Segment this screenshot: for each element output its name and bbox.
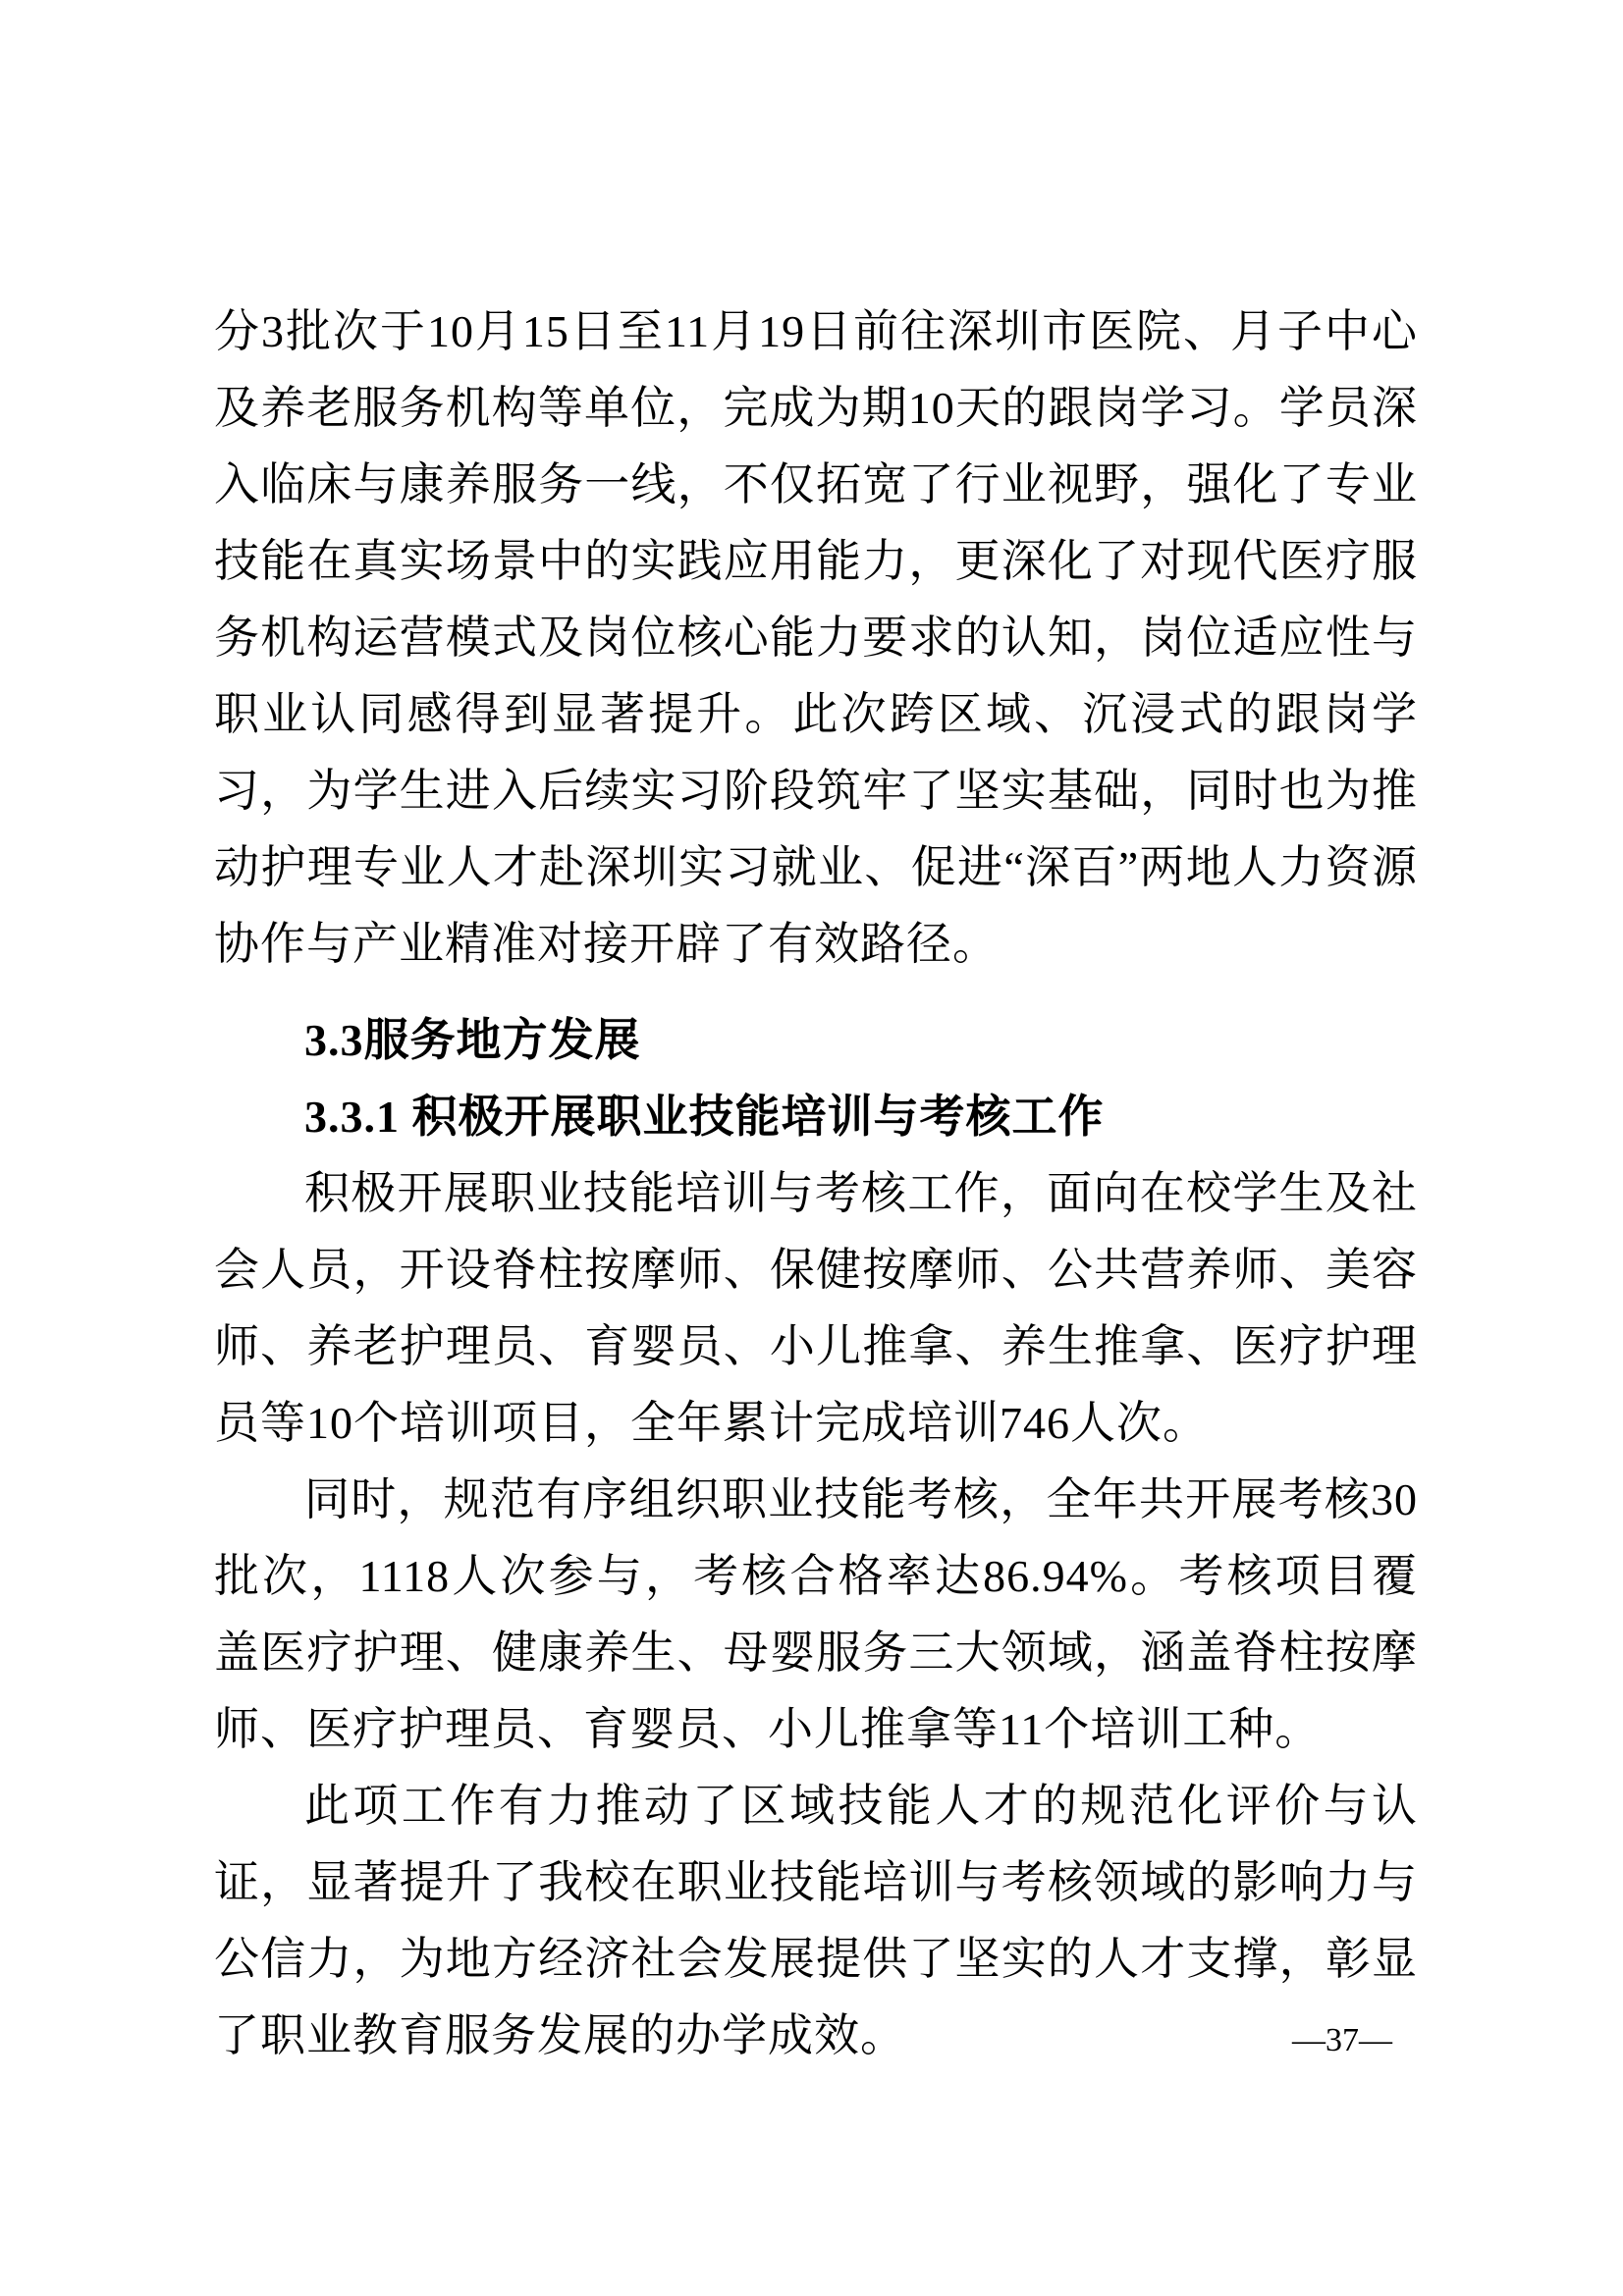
paragraph-internship-continuation: 分3批次于10月15日至11月19日前往深圳市医院、月子中心及养老服务机构等单位… <box>214 294 1418 983</box>
paragraph-training-programs: 积极开展职业技能培训与考核工作，面向在校学生及社会人员，开设脊柱按摩师、保健按摩… <box>214 1155 1418 1462</box>
subsection-heading-3-3-1: 3.3.1 积极开展职业技能培训与考核工作 <box>214 1079 1418 1155</box>
paragraph-impact-summary: 此项工作有力推动了区域技能人才的规范化评价与认证，显著提升了我校在职业技能培训与… <box>214 1768 1418 2074</box>
document-page: 分3批次于10月15日至11月19日前往深圳市医院、月子中心及养老服务机构等单位… <box>0 0 1623 2296</box>
page-number: —37— <box>1292 2018 1392 2063</box>
section-heading-3-3: 3.3服务地方发展 <box>214 1002 1418 1079</box>
paragraph-skill-assessment: 同时，规范有序组织职业技能考核，全年共开展考核30批次，1118人次参与，考核合… <box>214 1462 1418 1768</box>
document-body: 分3批次于10月15日至11月19日前往深圳市医院、月子中心及养老服务机构等单位… <box>214 294 1418 2074</box>
